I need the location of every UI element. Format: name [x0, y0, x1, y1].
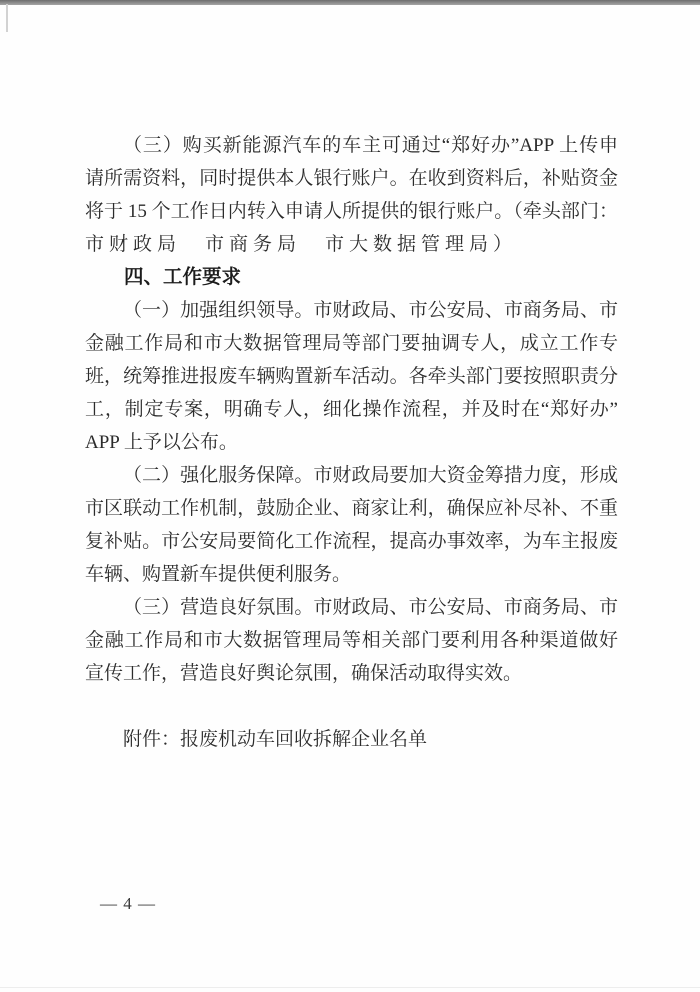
scan-artifact-left: [6, 4, 8, 32]
doc-line: 金融工作局和市大数据管理局等部门要抽调专人，成立工作专: [85, 327, 618, 360]
doc-line: （三）购买新能源汽车的车主可通过“郑好办”APP 上传申: [85, 129, 618, 162]
doc-line: （二）强化服务保障。市财政局要加大资金筹措力度，形成: [85, 459, 618, 492]
scan-edge-bottom: [0, 987, 700, 988]
doc-line: 市财政局 市商务局 市大数据管理局）: [85, 228, 618, 261]
section-heading: 四、工作要求: [85, 261, 618, 294]
doc-line: 将于 15 个工作日内转入申请人所提供的银行账户。（牵头部门：: [85, 195, 618, 228]
scan-edge-top: [0, 0, 700, 5]
doc-line: 金融工作局和市大数据管理局等相关部门要利用各种渠道做好: [85, 624, 618, 657]
paragraph-buy-ev: （三）购买新能源汽车的车主可通过“郑好办”APP 上传申 请所需资料，同时提供本…: [85, 129, 618, 261]
paragraph-service: （二）强化服务保障。市财政局要加大资金筹措力度，形成 市区联动工作机制，鼓励企业…: [85, 459, 618, 591]
doc-line: 宣传工作，营造良好舆论氛围，确保活动取得实效。: [85, 657, 618, 690]
document-body: （三）购买新能源汽车的车主可通过“郑好办”APP 上传申 请所需资料，同时提供本…: [85, 129, 618, 756]
doc-line: （一）加强组织领导。市财政局、市公安局、市商务局、市: [85, 294, 618, 327]
attachment-line: 附件：报废机动车回收拆解企业名单: [85, 723, 618, 756]
paragraph-atmosphere: （三）营造良好氛围。市财政局、市公安局、市商务局、市 金融工作局和市大数据管理局…: [85, 591, 618, 690]
page-number: — 4 —: [100, 893, 156, 915]
doc-line: 车辆、购置新车提供便利服务。: [85, 558, 618, 591]
doc-line: 复补贴。市公安局要简化工作流程，提高办事效率，为车主报废: [85, 525, 618, 558]
doc-line: 请所需资料，同时提供本人银行账户。在收到资料后，补贴资金: [85, 162, 618, 195]
doc-line: 班，统筹推进报废车辆购置新车活动。各牵头部门要按照职责分: [85, 360, 618, 393]
doc-line: APP 上予以公布。: [85, 426, 618, 459]
paragraph-organization: （一）加强组织领导。市财政局、市公安局、市商务局、市 金融工作局和市大数据管理局…: [85, 294, 618, 459]
doc-line: 市区联动工作机制，鼓励企业、商家让利，确保应补尽补、不重: [85, 492, 618, 525]
doc-line: 工，制定专案，明确专人，细化操作流程，并及时在“郑好办”: [85, 393, 618, 426]
document-page: （三）购买新能源汽车的车主可通过“郑好办”APP 上传申 请所需资料，同时提供本…: [0, 0, 700, 992]
doc-line: （三）营造良好氛围。市财政局、市公安局、市商务局、市: [85, 591, 618, 624]
